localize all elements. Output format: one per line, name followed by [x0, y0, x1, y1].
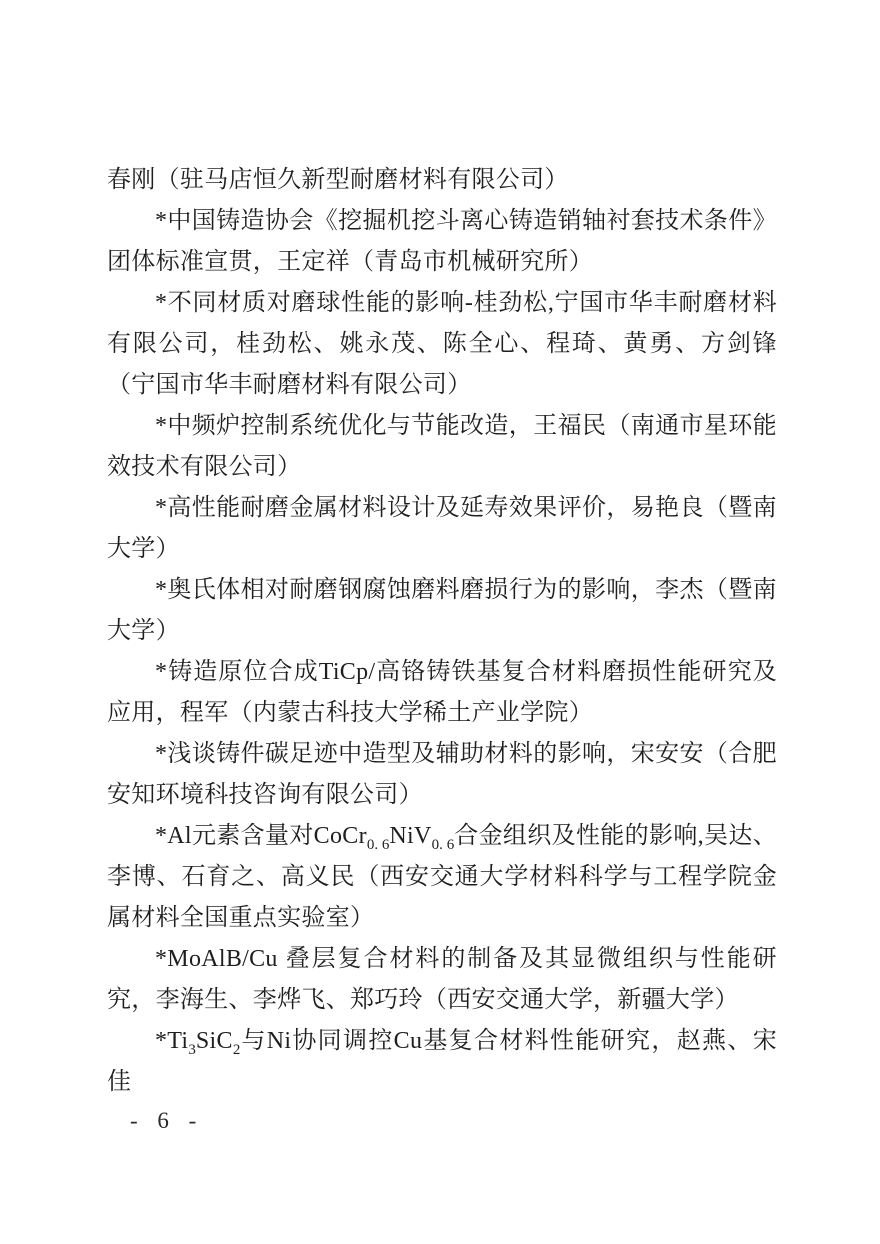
paragraph: *中频炉控制系统优化与节能改造，王福民（南通市星环能效技术有限公司）: [107, 406, 777, 488]
paragraph: *奥氏体相对耐磨钢腐蚀磨料磨损行为的影响，李杰（暨南大学）: [107, 570, 777, 652]
paragraph: *中国铸造协会《挖掘机挖斗离心铸造销轴衬套技术条件》团体标准宣贯，王定祥（青岛市…: [107, 201, 777, 283]
paragraph: *高性能耐磨金属材料设计及延寿效果评价，易艳良（暨南大学）: [107, 488, 777, 570]
paragraph: *浅谈铸件碳足迹中造型及辅助材料的影响，宋安安（合肥安知环境科技咨询有限公司）: [107, 734, 777, 816]
subscript-text: 0. 6: [432, 837, 455, 853]
paragraph: *MoAlB/Cu 叠层复合材料的制备及其显微组织与性能研究，李海生、李烨飞、郑…: [107, 939, 777, 1021]
page-number: - 6 -: [130, 1108, 203, 1133]
paragraph: *铸造原位合成TiCp/高铬铸铁基复合材料磨损性能研究及应用，程军（内蒙古科技大…: [107, 652, 777, 734]
subscript-text: 3: [188, 1042, 196, 1058]
subscript-text: 2: [233, 1042, 241, 1058]
paragraph: *Al元素含量对CoCr0. 6NiV0. 6合金组织及性能的影响,吴达、李博、…: [107, 816, 777, 939]
paragraph: *Ti3SiC2与Ni协同调控Cu基复合材料性能研究，赵燕、宋佳: [107, 1021, 777, 1103]
paragraph: 春刚（驻马店恒久新型耐磨材料有限公司）: [107, 160, 777, 201]
document-body-text: 春刚（驻马店恒久新型耐磨材料有限公司）*中国铸造协会《挖掘机挖斗离心铸造销轴衬套…: [107, 160, 777, 1103]
document-page: 春刚（驻马店恒久新型耐磨材料有限公司）*中国铸造协会《挖掘机挖斗离心铸造销轴衬套…: [0, 0, 880, 1244]
subscript-text: 0. 6: [367, 837, 390, 853]
paragraph: *不同材质对磨球性能的影响-桂劲松,宁国市华丰耐磨材料有限公司，桂劲松、姚永茂、…: [107, 283, 777, 406]
page-footer: - 6 -: [130, 1108, 203, 1134]
